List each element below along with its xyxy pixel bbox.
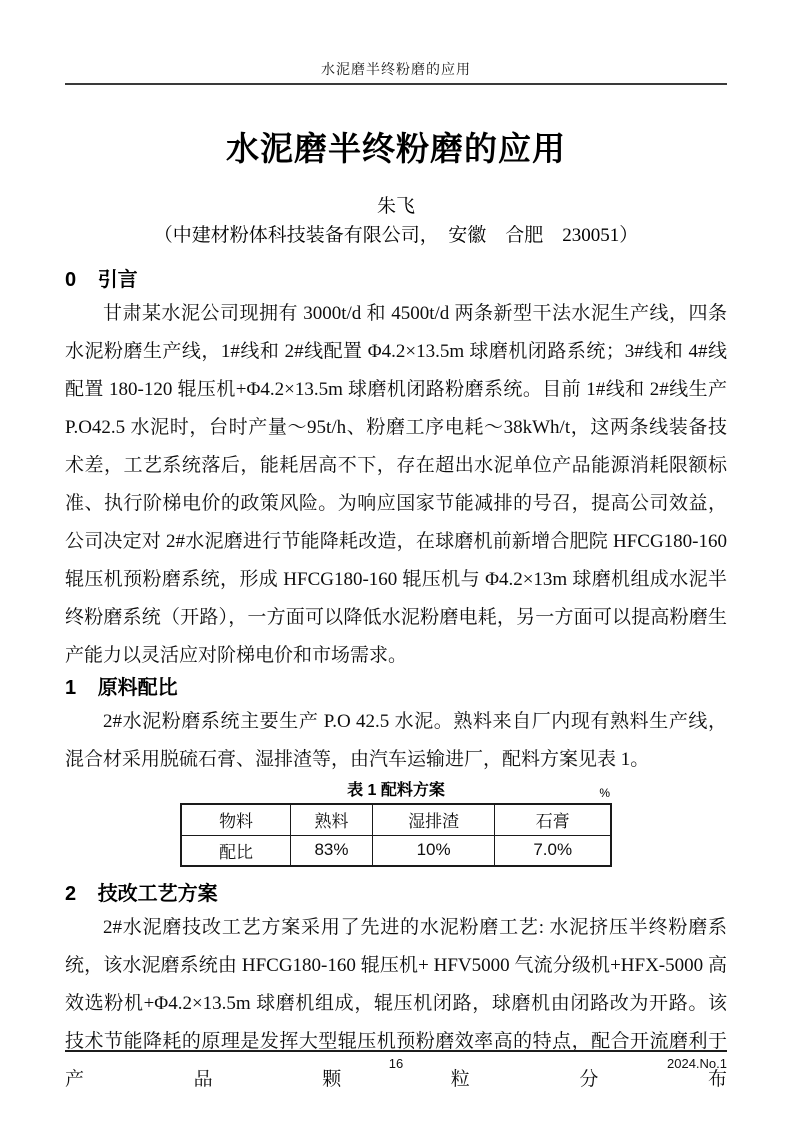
table-cell: 7.0% bbox=[495, 835, 611, 866]
table-row-values: 配比 83% 10% 7.0% bbox=[181, 835, 611, 866]
page-footer: 16 2024.No.1 bbox=[65, 1050, 727, 1076]
table-cell: 10% bbox=[372, 835, 495, 866]
article-title: 水泥磨半终粉磨的应用 bbox=[65, 129, 727, 169]
table-cell: 83% bbox=[291, 835, 373, 866]
table1-mix-proportion: 物料 熟料 湿排渣 石膏 配比 83% 10% 7.0% bbox=[180, 803, 612, 867]
table1-caption-text: 表 1 配料方案 bbox=[347, 782, 445, 799]
section-number: 2 bbox=[65, 881, 76, 907]
section-number: 0 bbox=[65, 267, 76, 293]
running-head-title: 水泥磨半终粉磨的应用 bbox=[321, 63, 471, 78]
section-heading-introduction: 0 引言 bbox=[65, 267, 727, 293]
table1-caption: 表 1 配料方案 % bbox=[180, 781, 612, 801]
table-cell: 物料 bbox=[181, 804, 291, 835]
section-number: 1 bbox=[65, 675, 76, 701]
journal-page: 水泥磨半终粉磨的应用 水泥磨半终粉磨的应用 朱飞 （中建材粉体科技装备有限公司，… bbox=[0, 0, 793, 1122]
table-cell: 配比 bbox=[181, 835, 291, 866]
section-heading-raw-material-ratio: 1 原料配比 bbox=[65, 675, 727, 701]
paragraph-introduction: 甘肃某水泥公司现拥有 3000t/d 和 4500t/d 两条新型干法水泥生产线… bbox=[65, 295, 727, 675]
table-cell: 湿排渣 bbox=[372, 804, 495, 835]
paragraph-raw-material-ratio: 2#水泥粉磨系统主要生产 P.O 42.5 水泥。熟料来自厂内现有熟料生产线，混… bbox=[65, 703, 727, 779]
page-number: 16 bbox=[65, 1056, 727, 1071]
section-label: 引言 bbox=[98, 267, 138, 293]
section-label: 技改工艺方案 bbox=[98, 881, 218, 907]
running-head: 水泥磨半终粉磨的应用 bbox=[65, 0, 727, 85]
page-content: 水泥磨半终粉磨的应用 水泥磨半终粉磨的应用 朱飞 （中建材粉体科技装备有限公司，… bbox=[65, 0, 727, 1099]
table1-unit-label: % bbox=[599, 783, 610, 803]
table1-block: 表 1 配料方案 % 物料 熟料 湿排渣 石膏 配比 83% bbox=[180, 781, 612, 867]
table-cell: 石膏 bbox=[495, 804, 611, 835]
section-heading-process-plan: 2 技改工艺方案 bbox=[65, 881, 727, 907]
author-name: 朱飞 bbox=[65, 195, 727, 219]
issue-number: 2024.No.1 bbox=[667, 1056, 727, 1071]
table-row-header: 物料 熟料 湿排渣 石膏 bbox=[181, 804, 611, 835]
section-label: 原料配比 bbox=[98, 675, 178, 701]
author-affiliation: （中建材粉体科技装备有限公司， 安徽 合肥 230051） bbox=[65, 223, 727, 249]
table-cell: 熟料 bbox=[291, 804, 373, 835]
